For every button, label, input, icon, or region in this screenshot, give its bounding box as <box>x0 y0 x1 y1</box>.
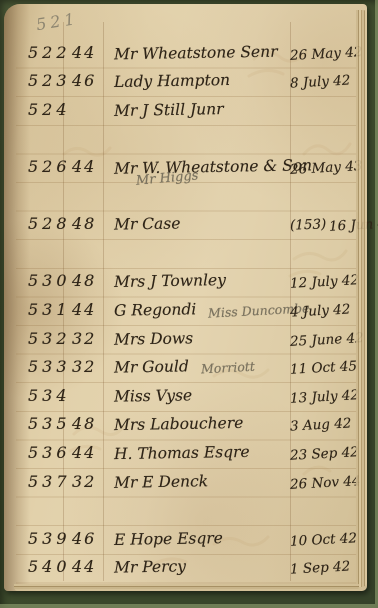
date-cell: (153)16 Jun 42 <box>290 217 355 236</box>
name-cell: Mrs Dows <box>103 330 290 351</box>
name-cell: Mrs Labouchere <box>103 415 290 436</box>
serial-number-cell: 530 <box>18 271 63 293</box>
customer-name: Mr Percy <box>114 558 186 577</box>
sale-date: 3 Aug 42 <box>290 416 352 435</box>
table-row-spacer <box>18 122 355 151</box>
name-cell: Miss Vyse <box>103 387 290 408</box>
customer-name: Mr J Still Junr <box>114 100 224 120</box>
name-cell <box>103 187 290 208</box>
serial-number-cell: 537 <box>18 472 63 494</box>
sale-date: 26 Nov 44 <box>290 473 361 493</box>
serial-number-cell: 540 <box>18 557 63 579</box>
customer-name: E Hope Esqre <box>114 529 223 549</box>
customer-name: G Regondi <box>114 300 197 319</box>
serial-number-cell: 534 <box>18 386 63 408</box>
serial-number-cell: 536 <box>18 443 63 465</box>
page-stack-edge-right <box>356 10 367 587</box>
sale-date: 10 Oct 42 <box>290 530 358 549</box>
name-cell: Mr W. Wheatstone & Son Mr Higgs <box>103 158 290 179</box>
size-cell: 44 <box>63 443 103 465</box>
customer-name: H. Thomas Esqre <box>114 443 250 463</box>
size-cell: 44 <box>63 157 103 179</box>
size-cell: 44 <box>63 557 103 579</box>
customer-name: Lady Hampton <box>114 71 230 91</box>
date-cell: 26 Nov 44 <box>290 475 355 494</box>
name-cell: Mr Percy <box>103 558 290 579</box>
table-row: 531 44 G Regondi Miss Duncombe 4 July 42 <box>18 293 355 322</box>
customer-name: Mr Case <box>114 215 181 234</box>
table-row: 536 44 H. Thomas Esqre 23 Sep 42 <box>18 436 355 465</box>
name-cell: Mr Case <box>103 215 290 236</box>
table-row: 537 32 Mr E Denck 26 Nov 44 <box>18 465 355 494</box>
sale-date: 11 Oct 45 <box>290 358 358 377</box>
name-cell: G Regondi Miss Duncombe <box>103 301 290 322</box>
table-row: 530 48 Mrs J Townley 12 July 42 <box>18 265 355 294</box>
sale-date: 4 July 42 <box>290 301 351 320</box>
serial-number-cell: 533 <box>18 357 63 379</box>
date-cell: 1 Sep 42 <box>290 560 355 579</box>
size-cell: 44 <box>63 300 103 322</box>
table-row: 524 Mr J Still Junr <box>18 93 355 122</box>
size-cell: 48 <box>63 414 103 436</box>
size-cell: 32 <box>63 472 103 494</box>
table-row: 534 Miss Vyse 13 July 42 <box>18 379 355 408</box>
customer-name: Mrs J Townley <box>114 271 226 291</box>
serial-number-cell: 523 <box>18 71 63 93</box>
serial-number-cell: 524 <box>18 100 63 122</box>
sale-date: 25 June 42 <box>290 330 364 350</box>
serial-number-cell: 531 <box>18 300 63 322</box>
date-cell: 26 May 43 <box>290 160 355 179</box>
serial-number-cell: 535 <box>18 414 63 436</box>
name-cell: Mr Wheatstone Senr <box>103 44 290 65</box>
customer-name: Mrs Dows <box>114 329 193 348</box>
customer-name: Mr Gould <box>114 357 189 376</box>
ledger-page: 521 522 44 Mr Wheatstone Senr 26 May 42 … <box>4 4 367 591</box>
size-cell: 32 <box>63 329 103 351</box>
table-row: 522 44 Mr Wheatstone Senr 26 May 42 <box>18 36 355 65</box>
sale-date: 1 Sep 42 <box>290 559 351 578</box>
serial-number-cell: 528 <box>18 214 63 236</box>
customer-name: Mr E Denck <box>114 472 208 492</box>
sale-date: 26 May 43 <box>290 158 363 178</box>
size-cell: 46 <box>63 71 103 93</box>
sale-date: 12 July 42 <box>290 273 360 293</box>
name-cell: Lady Hampton <box>103 72 290 93</box>
sale-date: 13 July 42 <box>290 387 360 407</box>
date-cell: 10 Oct 42 <box>290 532 355 551</box>
date-cell: 23 Sep 42 <box>290 446 355 465</box>
sale-date: 26 May 42 <box>290 44 363 64</box>
serial-number-cell: 526 <box>18 157 63 179</box>
table-row-spacer <box>18 236 355 265</box>
size-cell: 44 <box>63 43 103 65</box>
table-row: 540 44 Mr Percy 1 Sep 42 <box>18 551 355 580</box>
name-cell: Mr J Still Junr <box>103 101 290 122</box>
date-cell: 4 July 42 <box>290 303 355 322</box>
table-row: 532 32 Mrs Dows 25 June 42 <box>18 322 355 351</box>
table-row: 539 46 E Hope Esqre 10 Oct 42 <box>18 522 355 551</box>
name-cell <box>103 244 290 265</box>
date-cell: 25 June 42 <box>290 332 355 351</box>
date-cell: 11 Oct 45 <box>290 360 355 379</box>
pencil-page-number: 521 <box>35 9 80 34</box>
sale-date: 8 July 42 <box>290 73 351 92</box>
sale-date: 16 Jun 42 <box>329 215 378 234</box>
customer-name: Mr Wheatstone Senr <box>114 42 278 63</box>
size-cell: 48 <box>63 214 103 236</box>
table-row-spacer <box>18 494 355 523</box>
name-cell: E Hope Esqre <box>103 530 290 551</box>
name-cell: Mr Gould Morriott <box>103 358 290 379</box>
date-cell: 8 July 42 <box>290 74 355 93</box>
table-row: 526 44 Mr W. Wheatstone & Son Mr Higgs 2… <box>18 150 355 179</box>
table-row: 533 32 Mr Gould Morriott 11 Oct 45 <box>18 351 355 380</box>
customer-name: Mrs Labouchere <box>114 414 244 434</box>
date-cell: 3 Aug 42 <box>290 417 355 436</box>
table-row: 528 48 Mr Case (153)16 Jun 42 <box>18 208 355 237</box>
table-row: 535 48 Mrs Labouchere 3 Aug 42 <box>18 408 355 437</box>
name-cell: Mrs J Townley <box>103 272 290 293</box>
serial-number-cell: 539 <box>18 529 63 551</box>
pencil-annotation: Morriott <box>200 359 255 377</box>
date-cell <box>290 103 355 122</box>
name-cell: H. Thomas Esqre <box>103 444 290 465</box>
serial-number-cell: 532 <box>18 329 63 351</box>
size-cell: 48 <box>63 271 103 293</box>
page-stack-edge-bottom <box>14 584 359 591</box>
date-prefix-number: (153) <box>290 217 327 234</box>
date-cell: 13 July 42 <box>290 389 355 408</box>
ledger-rows: 522 44 Mr Wheatstone Senr 26 May 42 523 … <box>18 36 355 579</box>
customer-name: Miss Vyse <box>114 386 192 405</box>
name-cell <box>103 129 290 150</box>
name-cell: Mr E Denck <box>103 473 290 494</box>
name-cell <box>103 501 290 522</box>
size-cell: 32 <box>63 357 103 379</box>
sale-date: 23 Sep 42 <box>290 444 360 464</box>
table-row: 523 46 Lady Hampton 8 July 42 <box>18 65 355 94</box>
date-cell: 26 May 42 <box>290 46 355 65</box>
date-cell: 12 July 42 <box>290 274 355 293</box>
size-cell: 46 <box>63 529 103 551</box>
serial-number-cell: 522 <box>18 43 63 65</box>
